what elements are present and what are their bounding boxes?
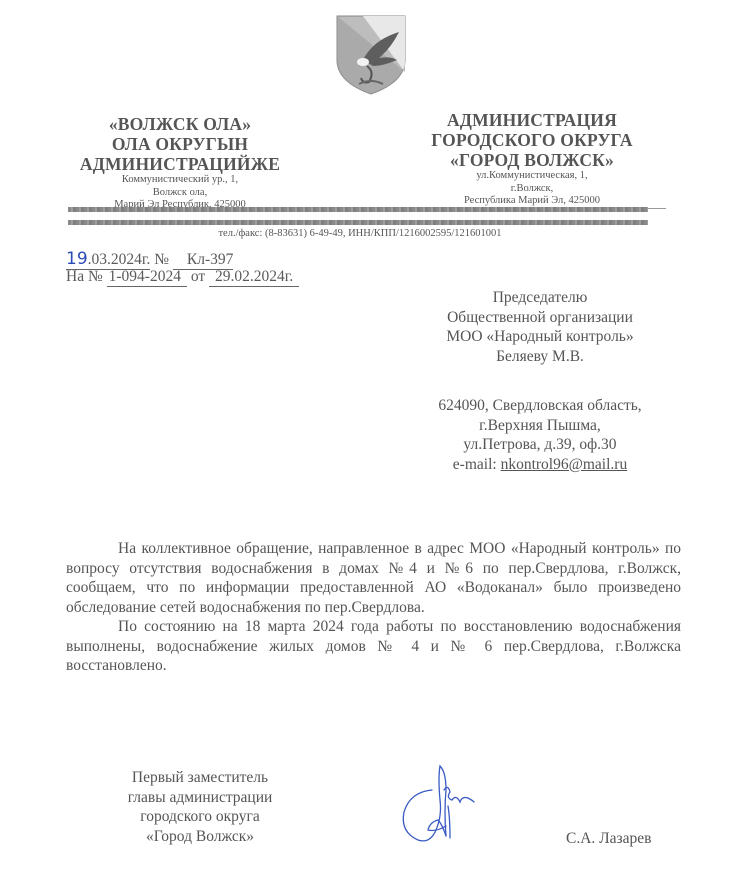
outgoing-reference: 19.03.2024г. № Кл-397 <box>66 250 233 270</box>
incoming-reference: На № 1-094-2024 от 29.02.2024г. <box>66 268 299 287</box>
header-right-address-line: Республика Марий Эл, 425000 <box>412 195 652 208</box>
body-paragraph: На коллективное обращение, направленное … <box>66 539 681 617</box>
header-right-title-line: «ГОРОД ВОЛЖСК» <box>412 150 652 170</box>
recipient-address-block: 624090, Свердловская область, г.Верхняя … <box>400 396 680 474</box>
recipient-address-line: ул.Петрова, д.39, оф.30 <box>400 435 680 455</box>
coat-of-arms-icon <box>333 12 409 96</box>
signatory-title: Первый заместитель главы администрации г… <box>100 768 300 846</box>
email-label: e-mail: <box>453 456 501 473</box>
signatory-title-line: главы администрации <box>100 788 300 808</box>
recipient-line: Председателю <box>400 288 680 308</box>
header-right-address-line: г.Волжск, <box>412 183 652 196</box>
header-right-block: АДМИНИСТРАЦИЯ ГОРОДСКОГО ОКРУГА «ГОРОД В… <box>412 110 652 208</box>
signatory-title-line: Первый заместитель <box>100 768 300 788</box>
header-left-address-line: Волжск ола, <box>60 187 300 200</box>
header-left-title-line: «ВОЛЖСК ОЛА» <box>60 114 300 134</box>
header-divider-top <box>68 207 648 212</box>
email-link[interactable]: nkontrol96@mail.ru <box>501 456 628 473</box>
signatory-title-line: «Город Волжск» <box>100 827 300 847</box>
signatory-title-line: городского округа <box>100 807 300 827</box>
header-left-address-line: Коммунистический ур., 1, <box>60 174 300 187</box>
signatory-name: С.А. Лазарев <box>566 830 652 848</box>
letter-body: На коллективное обращение, направленное … <box>66 539 681 676</box>
from-label: от <box>191 268 205 285</box>
recipient-line: Общественной организации <box>400 308 680 328</box>
header-right-title-line: АДМИНИСТРАЦИЯ <box>412 110 652 130</box>
header-divider-tail <box>648 208 666 209</box>
contact-line: тел./факс: (8-83631) 6-49-49, ИНН/КПП/12… <box>60 228 660 239</box>
reply-date: 29.02.2024г. <box>209 268 299 287</box>
header-divider-bottom <box>68 220 648 225</box>
header-left-block: «ВОЛЖСК ОЛА» ОЛА ОКРУГЫН АДМИНИСТРАЦИЙЖЕ… <box>60 114 300 212</box>
recipient-line: МОО «Народный контроль» <box>400 327 680 347</box>
printed-date: .03.2024г. <box>88 251 151 268</box>
header-left-title-line: ОЛА ОКРУГЫН <box>60 134 300 154</box>
handwritten-signature-icon <box>396 760 486 850</box>
header-right-title-line: ГОРОДСКОГО ОКРУГА <box>412 130 652 150</box>
reply-number: 1-094-2024 <box>107 268 187 287</box>
number-label: № <box>154 251 169 268</box>
recipient-email-line: e-mail: nkontrol96@mail.ru <box>400 455 680 475</box>
reply-label: На № <box>66 268 103 285</box>
recipient-address-line: 624090, Свердловская область, <box>400 396 680 416</box>
outgoing-date: 19.03.2024г. <box>66 250 150 270</box>
header-left-title-line: АДМИНИСТРАЦИЙЖЕ <box>60 154 300 174</box>
body-paragraph: По состоянию на 18 марта 2024 года работ… <box>66 617 681 676</box>
recipient-block: Председателю Общественной организации МО… <box>400 288 680 366</box>
handwritten-day: 19 <box>66 249 88 269</box>
recipient-line: Беляеву М.В. <box>400 347 680 367</box>
recipient-address-line: г.Верхняя Пышма, <box>400 416 680 436</box>
header-right-address-line: ул.Коммунистическая, 1, <box>412 170 652 183</box>
